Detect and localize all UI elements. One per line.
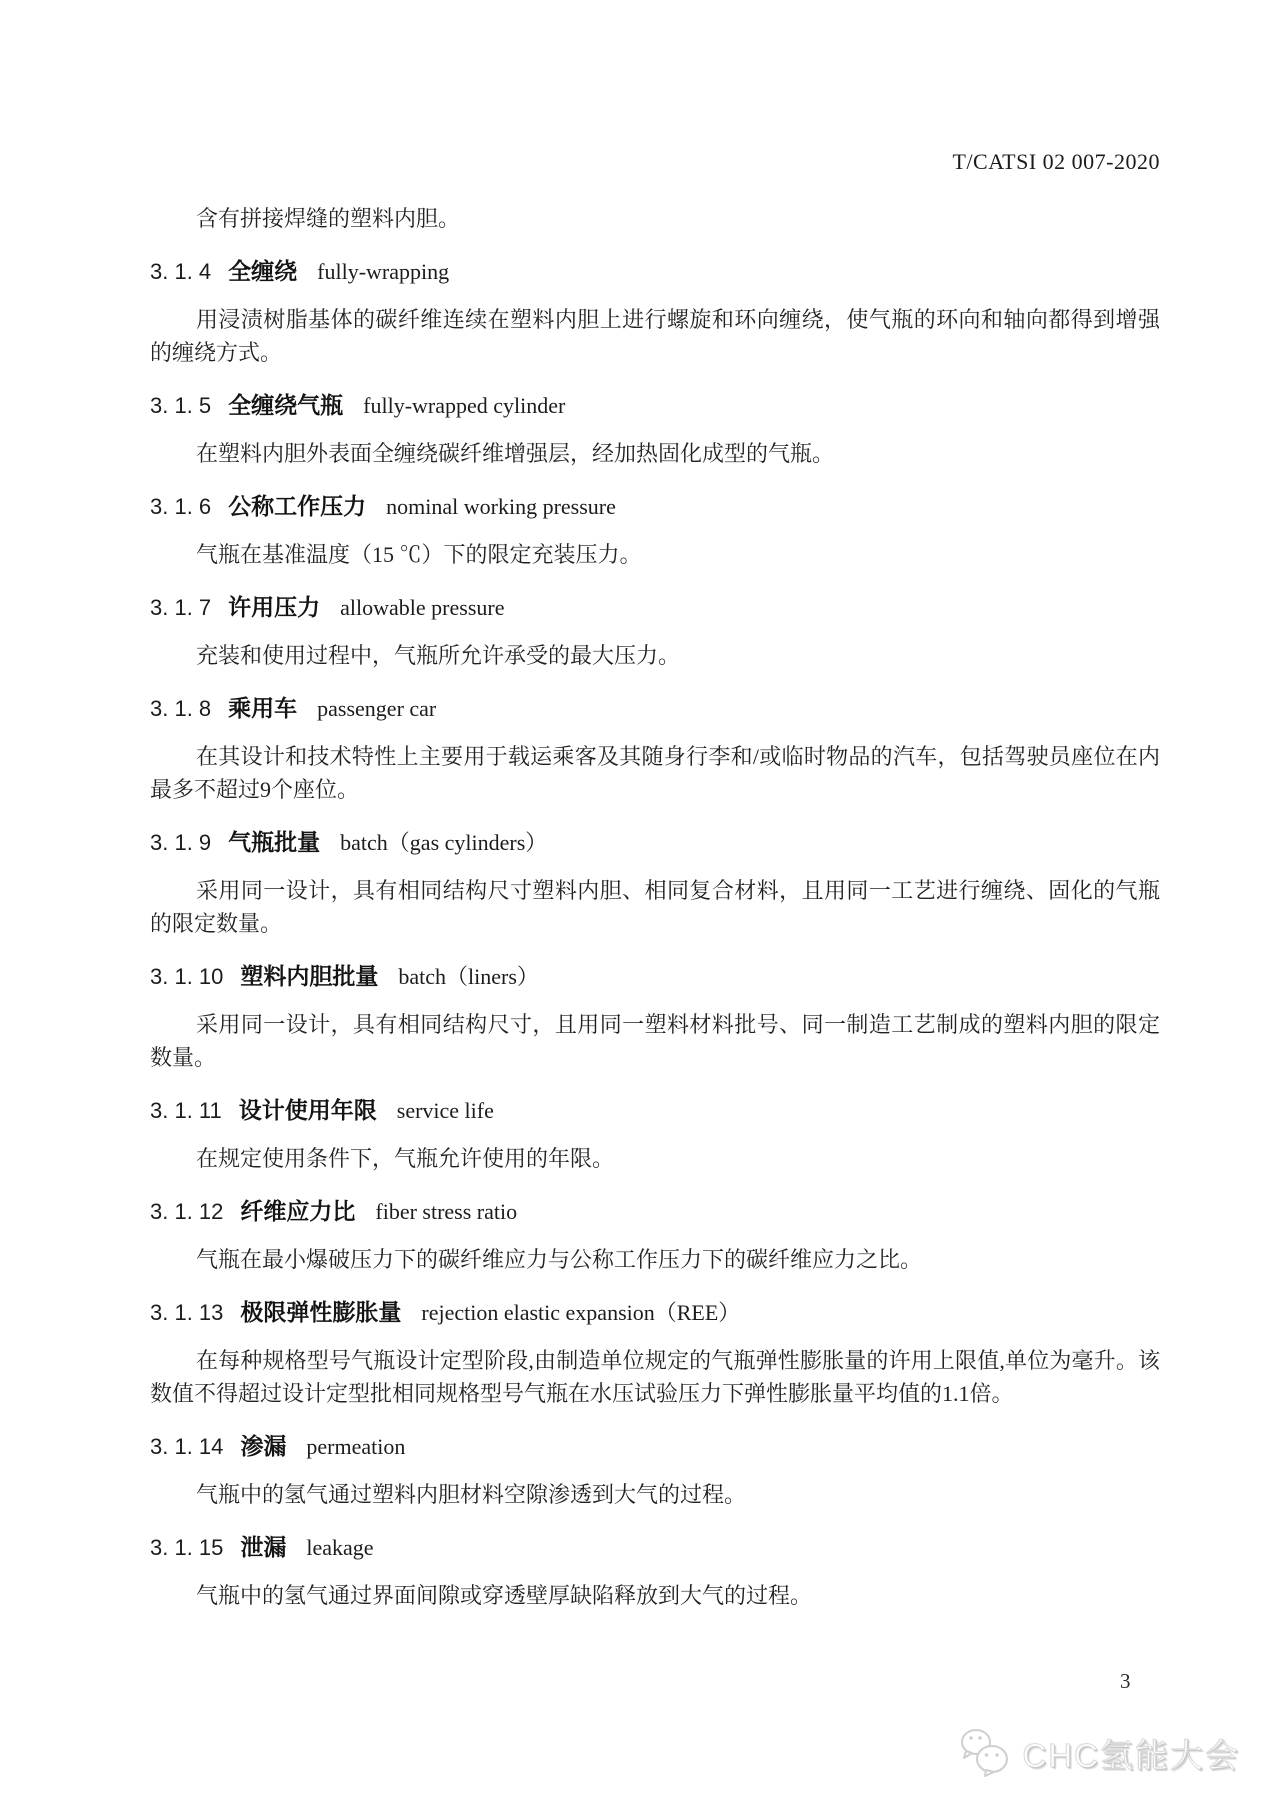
term-heading: 3. 1. 15泄漏leakage (150, 1531, 1160, 1564)
term-number: 3. 1. 9 (150, 830, 211, 855)
term-zh: 塑料内胆批量 (240, 963, 378, 989)
term-en: allowable pressure (340, 595, 504, 620)
term-heading: 3. 1. 5全缠绕气瓶fully-wrapped cylinder (150, 389, 1160, 422)
term-zh: 许用压力 (228, 594, 320, 620)
page-number: 3 (1120, 1669, 1131, 1694)
term-number: 3. 1. 12 (150, 1199, 223, 1224)
term-definition: 采用同一设计，具有相同结构尺寸塑料内胆、相同复合材料，且用同一工艺进行缠绕、固化… (150, 874, 1160, 940)
term-zh: 全缠绕气瓶 (228, 392, 343, 418)
term-definition: 在其设计和技术特性上主要用于载运乘客及其随身行李和/或临时物品的汽车，包括驾驶员… (150, 740, 1160, 806)
term-zh: 乘用车 (228, 695, 297, 721)
doc-code: T/CATSI 02 007-2020 (953, 149, 1161, 175)
term-en: service life (397, 1098, 494, 1123)
watermark: CHC氢能大会 (959, 1728, 1241, 1778)
term-en: batch（gas cylinders） (340, 830, 547, 855)
term-section: 3. 1. 7许用压力allowable pressure 充装和使用过程中，气… (150, 591, 1160, 672)
term-section: 3. 1. 6公称工作压力nominal working pressure 气瓶… (150, 490, 1160, 571)
term-heading: 3. 1. 11设计使用年限service life (150, 1094, 1160, 1127)
term-heading: 3. 1. 12纤维应力比fiber stress ratio (150, 1195, 1160, 1228)
term-section: 3. 1. 12纤维应力比fiber stress ratio 气瓶在最小爆破压… (150, 1195, 1160, 1276)
term-section: 3. 1. 11设计使用年限service life 在规定使用条件下，气瓶允许… (150, 1094, 1160, 1175)
content-column: 含有拼接焊缝的塑料内胆。 3. 1. 4全缠绕fully-wrapping 用浸… (150, 202, 1160, 1612)
term-zh: 渗漏 (240, 1433, 286, 1459)
term-en: batch（liners） (398, 964, 539, 989)
term-en: rejection elastic expansion（REE） (421, 1300, 740, 1325)
term-section: 3. 1. 13极限弹性膨胀量rejection elastic expansi… (150, 1296, 1160, 1410)
term-en: permeation (306, 1434, 405, 1459)
term-heading: 3. 1. 10塑料内胆批量batch（liners） (150, 960, 1160, 993)
term-definition: 在每种规格型号气瓶设计定型阶段,由制造单位规定的气瓶弹性膨胀量的许用上限值,单位… (150, 1344, 1160, 1410)
term-en: nominal working pressure (386, 494, 616, 519)
term-definition: 气瓶在最小爆破压力下的碳纤维应力与公称工作压力下的碳纤维应力之比。 (150, 1243, 1160, 1276)
term-section: 3. 1. 14渗漏permeation 气瓶中的氢气通过塑料内胆材料空隙渗透到… (150, 1430, 1160, 1511)
term-definition: 充装和使用过程中，气瓶所允许承受的最大压力。 (150, 639, 1160, 672)
term-heading: 3. 1. 8乘用车passenger car (150, 692, 1160, 725)
term-number: 3. 1. 8 (150, 696, 211, 721)
term-zh: 极限弹性膨胀量 (240, 1299, 401, 1325)
term-heading: 3. 1. 9气瓶批量batch（gas cylinders） (150, 826, 1160, 859)
term-definition: 气瓶在基准温度（15 ℃）下的限定充装压力。 (150, 538, 1160, 571)
term-section: 3. 1. 9气瓶批量batch（gas cylinders） 采用同一设计，具… (150, 826, 1160, 940)
term-definition: 气瓶中的氢气通过塑料内胆材料空隙渗透到大气的过程。 (150, 1478, 1160, 1511)
term-zh: 泄漏 (240, 1534, 286, 1560)
term-number: 3. 1. 11 (150, 1098, 222, 1123)
term-zh: 全缠绕 (228, 258, 297, 284)
term-heading: 3. 1. 4全缠绕fully-wrapping (150, 255, 1160, 288)
term-en: leakage (306, 1535, 373, 1560)
term-zh: 气瓶批量 (228, 829, 320, 855)
term-definition: 在塑料内胆外表面全缠绕碳纤维增强层，经加热固化成型的气瓶。 (150, 437, 1160, 470)
term-number: 3. 1. 14 (150, 1434, 223, 1459)
term-number: 3. 1. 13 (150, 1300, 223, 1325)
term-number: 3. 1. 7 (150, 595, 211, 620)
term-number: 3. 1. 4 (150, 259, 211, 284)
term-number: 3. 1. 15 (150, 1535, 223, 1560)
term-heading: 3. 1. 14渗漏permeation (150, 1430, 1160, 1463)
term-number: 3. 1. 5 (150, 393, 211, 418)
term-definition: 用浸渍树脂基体的碳纤维连续在塑料内胆上进行螺旋和环向缠绕，使气瓶的环向和轴向都得… (150, 303, 1160, 369)
term-heading: 3. 1. 7许用压力allowable pressure (150, 591, 1160, 624)
term-definition: 采用同一设计，具有相同结构尺寸，且用同一塑料材料批号、同一制造工艺制成的塑料内胆… (150, 1008, 1160, 1074)
term-heading: 3. 1. 6公称工作压力nominal working pressure (150, 490, 1160, 523)
term-section: 3. 1. 4全缠绕fully-wrapping 用浸渍树脂基体的碳纤维连续在塑… (150, 255, 1160, 369)
term-en: passenger car (317, 696, 436, 721)
term-en: fully-wrapped cylinder (363, 393, 565, 418)
term-number: 3. 1. 10 (150, 964, 223, 989)
term-en: fiber stress ratio (375, 1199, 517, 1224)
term-number: 3. 1. 6 (150, 494, 211, 519)
term-section: 3. 1. 15泄漏leakage 气瓶中的氢气通过界面间隙或穿透壁厚缺陷释放到… (150, 1531, 1160, 1612)
term-definition: 在规定使用条件下，气瓶允许使用的年限。 (150, 1142, 1160, 1175)
term-section: 3. 1. 8乘用车passenger car 在其设计和技术特性上主要用于载运… (150, 692, 1160, 806)
term-zh: 设计使用年限 (239, 1097, 377, 1123)
wechat-icon (959, 1728, 1013, 1778)
term-en: fully-wrapping (317, 259, 449, 284)
term-definition: 气瓶中的氢气通过界面间隙或穿透壁厚缺陷释放到大气的过程。 (150, 1579, 1160, 1612)
intro-paragraph: 含有拼接焊缝的塑料内胆。 (150, 202, 1160, 235)
term-section: 3. 1. 10塑料内胆批量batch（liners） 采用同一设计，具有相同结… (150, 960, 1160, 1074)
term-section: 3. 1. 5全缠绕气瓶fully-wrapped cylinder 在塑料内胆… (150, 389, 1160, 470)
watermark-text: CHC氢能大会 (1023, 1730, 1241, 1777)
sections: 3. 1. 4全缠绕fully-wrapping 用浸渍树脂基体的碳纤维连续在塑… (150, 255, 1160, 1612)
term-zh: 公称工作压力 (228, 493, 366, 519)
term-zh: 纤维应力比 (240, 1198, 355, 1224)
document-page: { "header": { "doc_code": "T/CATSI 02 00… (0, 0, 1280, 1810)
term-heading: 3. 1. 13极限弹性膨胀量rejection elastic expansi… (150, 1296, 1160, 1329)
